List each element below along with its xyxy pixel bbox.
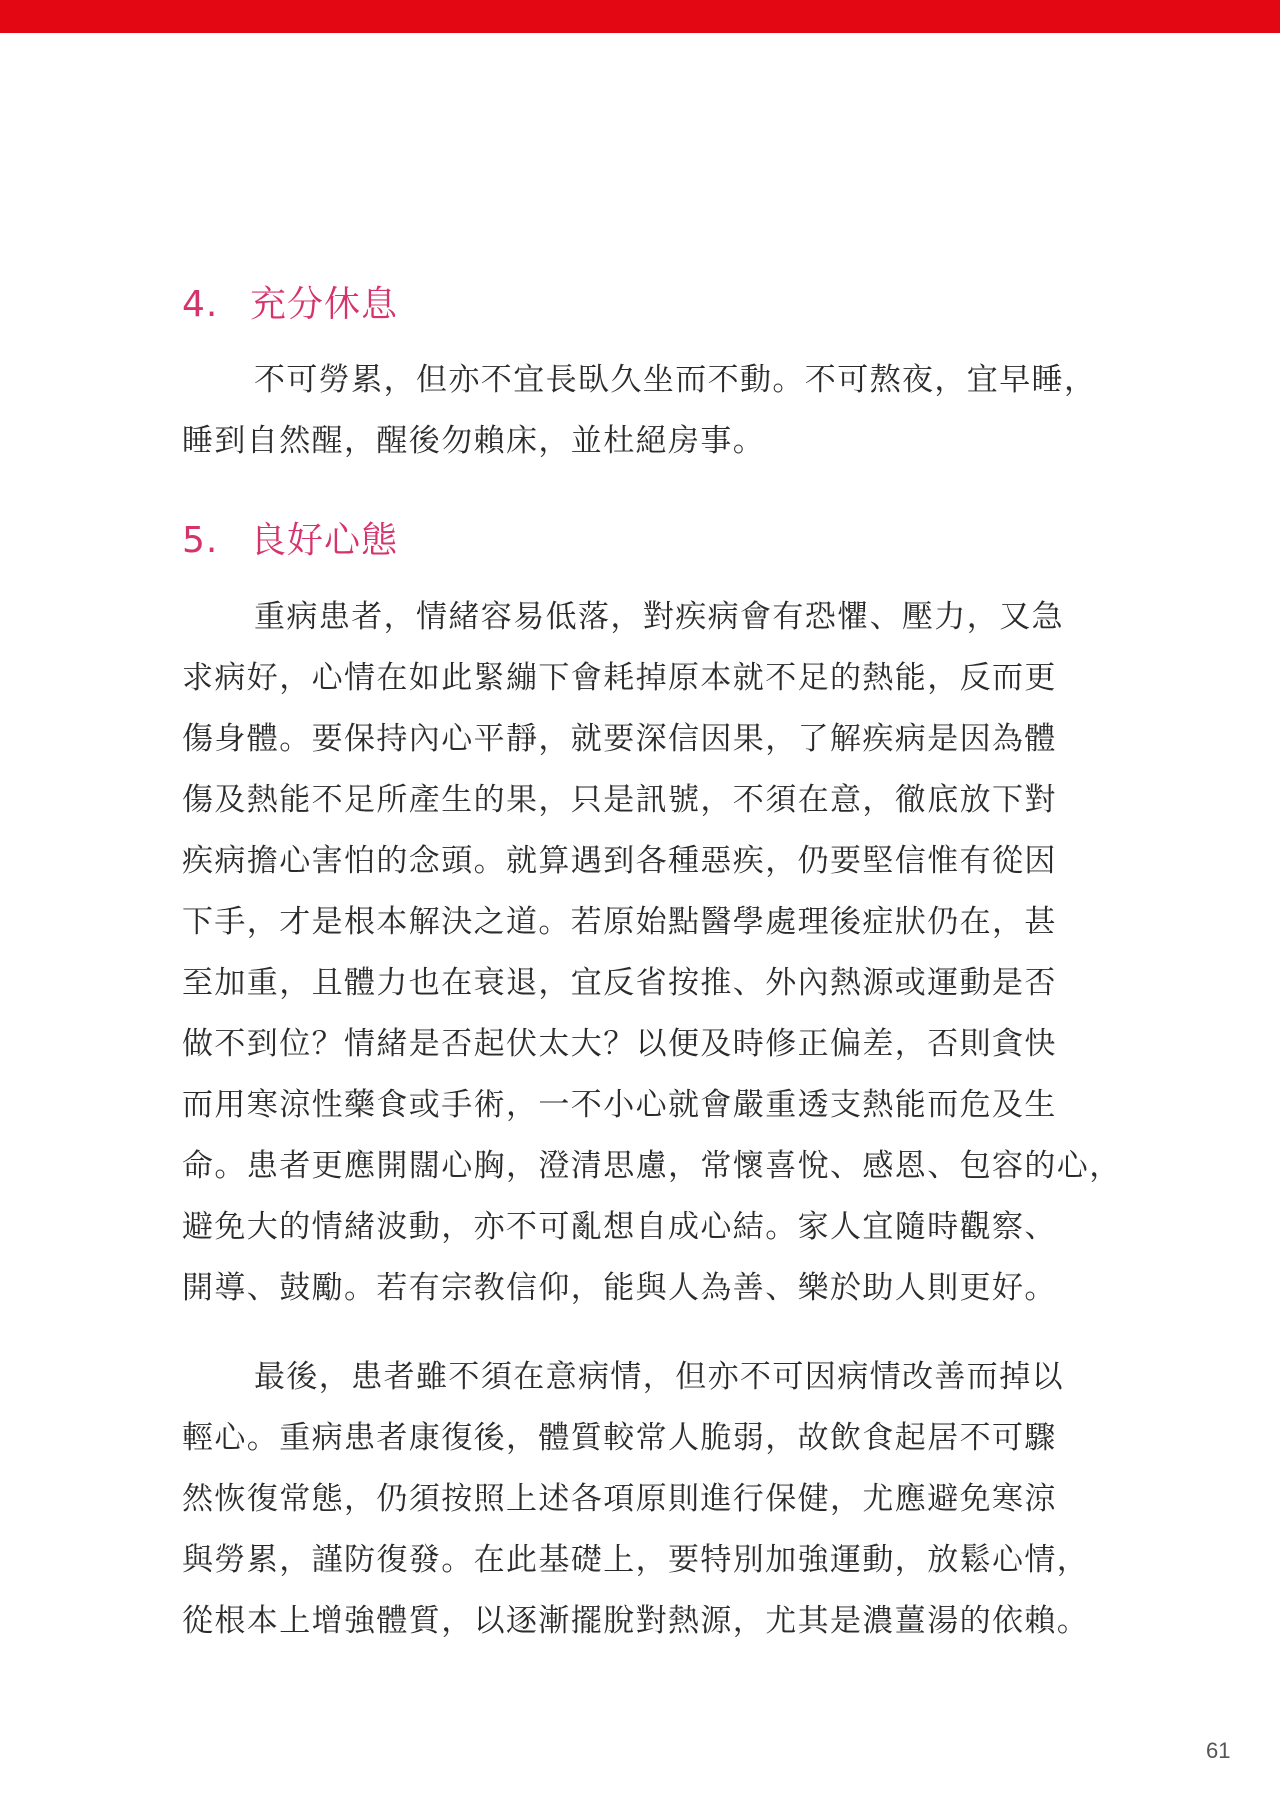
paragraph-line: 傷及熱能不足所產生的果，只是訊號，不須在意，徹底放下對 <box>182 770 1142 831</box>
paragraph-line: 至加重，且體力也在衰退，宜反省按推、外內熱源或運動是否 <box>182 953 1142 1014</box>
section-heading-rest: 4.充分休息 <box>182 276 398 327</box>
paragraph-conclusion: 最後，患者雖不須在意病情，但亦不可因病情改善而掉以 輕心。重病患者康復後，體質較… <box>182 1347 1142 1652</box>
paragraph-line: 下手，才是根本解決之道。若原始點醫學處理後症狀仍在，甚 <box>182 892 1142 953</box>
paragraph-rest: 不可勞累，但亦不宜長臥久坐而不動。不可熬夜，宜早睡， 睡到自然醒，醒後勿賴床，並… <box>182 350 1142 472</box>
section-number: 5. <box>182 520 250 561</box>
paragraph-line: 輕心。重病患者康復後，體質較常人脆弱，故飲食起居不可驟 <box>182 1408 1142 1469</box>
top-color-bar <box>0 0 1280 33</box>
paragraph-line: 不可勞累，但亦不宜長臥久坐而不動。不可熬夜，宜早睡， <box>182 350 1142 411</box>
section-number: 4. <box>182 284 250 325</box>
paragraph-line: 開導、鼓勵。若有宗教信仰，能與人為善、樂於助人則更好。 <box>182 1258 1142 1319</box>
paragraph-line: 疾病擔心害怕的念頭。就算遇到各種惡疾，仍要堅信惟有從因 <box>182 831 1142 892</box>
paragraph-mindset: 重病患者，情緒容易低落，對疾病會有恐懼、壓力，又急 求病好，心情在如此緊繃下會耗… <box>182 587 1142 1319</box>
section-title: 良好心態 <box>250 520 398 561</box>
paragraph-line: 避免大的情緒波動，亦不可亂想自成心結。家人宜隨時觀察、 <box>182 1197 1142 1258</box>
paragraph-line: 命。患者更應開闊心胸，澄清思慮，常懷喜悅、感恩、包容的心， <box>182 1136 1142 1197</box>
paragraph-line: 從根本上增強體質，以逐漸擺脫對熱源，尤其是濃薑湯的依賴。 <box>182 1591 1142 1652</box>
paragraph-line: 然恢復常態，仍須按照上述各項原則進行保健，尤應避免寒涼 <box>182 1469 1142 1530</box>
page-number: 61 <box>1206 1738 1230 1764</box>
paragraph-line: 最後，患者雖不須在意病情，但亦不可因病情改善而掉以 <box>182 1347 1142 1408</box>
section-title: 充分休息 <box>250 284 398 325</box>
paragraph-line: 傷身體。要保持內心平靜，就要深信因果，了解疾病是因為體 <box>182 709 1142 770</box>
paragraph-line: 睡到自然醒，醒後勿賴床，並杜絕房事。 <box>182 411 1142 472</box>
paragraph-line: 重病患者，情緒容易低落，對疾病會有恐懼、壓力，又急 <box>182 587 1142 648</box>
paragraph-line: 求病好，心情在如此緊繃下會耗掉原本就不足的熱能，反而更 <box>182 648 1142 709</box>
paragraph-line: 與勞累，謹防復發。在此基礎上，要特別加強運動，放鬆心情， <box>182 1530 1142 1591</box>
section-heading-mindset: 5.良好心態 <box>182 512 398 563</box>
paragraph-line: 而用寒涼性藥食或手術，一不小心就會嚴重透支熱能而危及生 <box>182 1075 1142 1136</box>
paragraph-line: 做不到位？情緒是否起伏太大？以便及時修正偏差，否則貪快 <box>182 1014 1142 1075</box>
